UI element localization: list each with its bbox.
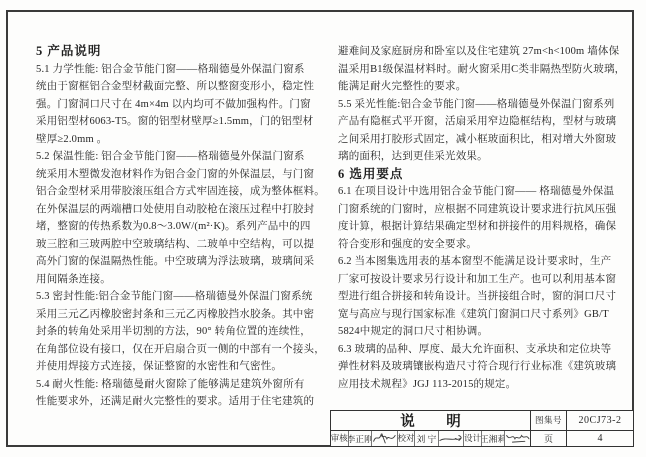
proofreader-signature-icon	[439, 431, 464, 447]
text-line: 度计算，根据计算结果确定型材和拼接件的用料规格，确保	[338, 218, 624, 236]
text-line: 采用三元乙丙橡胶密封条和三元乙丙橡胶挡水胶条。其中密	[36, 306, 318, 324]
text-line: 强。门窗洞口尺寸在 4m×4m 以内均可不做加强构件。门窗	[36, 96, 318, 114]
text-line: 6.3 玻璃的品种、厚度、最大允许面积、支承块和定位块等	[338, 341, 624, 359]
text-line: 在外保温层的两端槽口处使用自动胶枪在滚压过程中打胶封	[36, 201, 318, 219]
text-line: 弹性材料及玻璃镶嵌构造尺寸符合现行行业标准《建筑玻璃	[338, 358, 624, 376]
text-line: 6.2 当本图集选用表的基本窗型不能满足设计要求时，生产	[338, 253, 624, 271]
text-line: 避难间及家庭厨房和卧室以及住宅建筑 27m<h<100m 墙体保	[338, 43, 624, 61]
text-line: 符合变形和强度的安全要求。	[338, 236, 624, 254]
reviewer-signature-icon	[372, 431, 397, 447]
text-line: 型进行组合拼接和转角设计。当拼接组合时，窗的洞口尺寸	[338, 288, 624, 306]
title-block-title: 说 明	[331, 411, 531, 431]
proofreader-label: 校对	[398, 431, 416, 447]
text-line: 能满足耐火完整性的要求。	[338, 78, 624, 96]
text-line: 性能要求外，还满足耐火完整性的要求。适用于住宅建筑的	[36, 393, 318, 411]
reviewer-signature	[372, 431, 398, 447]
page-number-label: 页	[531, 431, 567, 447]
designer-label: 设计	[464, 431, 482, 447]
text-line: 5.1 力学性能: 铝合金节能门窗——格瑞德曼外保温门窗系	[36, 61, 318, 79]
text-line: 并使用焊接方式连接，保证整窗的水密性和气密性。	[36, 358, 318, 376]
text-line: 应用技术规程》JGJ 113-2015的规定。	[338, 376, 624, 394]
designer-signature	[505, 431, 530, 447]
text-line: 5.4 耐火性能: 格瑞德曼耐火窗除了能够满足建筑外窗所有	[36, 376, 318, 394]
text-line: 采用铝型材6063-T5。窗的铝型材壁厚≥1.5mm，门的铝型材	[36, 113, 318, 131]
designer-signature-icon	[505, 431, 530, 447]
section-heading: 5 产品说明	[36, 43, 318, 61]
title-block: 说 明 图集号 20CJ73-2 审核 李正刚 校对 刘 宁 设计 王湘莉	[330, 410, 634, 447]
left-text-column: 5 产品说明5.1 力学性能: 铝合金节能门窗——格瑞德曼外保温门窗系统由于窗框…	[36, 43, 318, 411]
text-line: 在角部位设有接口，仅在开启扇合页一侧的中部有一个接头，	[36, 341, 318, 359]
text-line: 6.1 在项目设计中选用铝合金节能门窗—— 格瑞德曼外保温	[338, 183, 624, 201]
text-line: 堵，整窗的传热系数为0.8～3.0W/(m²·K)。系列产品中的四	[36, 218, 318, 236]
signature-row: 审核 李正刚 校对 刘 宁 设计 王湘莉	[331, 431, 531, 447]
text-line: 统采用木塑微发泡材料作为铝合金门窗的外保温层，与门窗	[36, 166, 318, 184]
text-line: 温采用B1级保温材料时。耐火窗采用C类非隔热型防火玻璃，	[338, 61, 624, 79]
text-line: 铝合金型材采用带胶滚压组合方式牢固连接，成为整体框料。	[36, 183, 318, 201]
text-line: 5.3 密封性能:铝合金节能门窗——格瑞德曼外保温门窗系统	[36, 288, 318, 306]
text-line: 统由于窗框铝合金型材截面完整、所以整窗变形小，稳定性	[36, 78, 318, 96]
reviewer-label: 审核	[331, 431, 349, 447]
reviewer-name: 李正刚	[349, 431, 372, 447]
designer-name: 王湘莉	[482, 431, 505, 447]
page-number-value: 4	[567, 431, 633, 447]
text-line: 5.2 保温性能: 铝合金节能门窗——格瑞德曼外保温门窗系	[36, 148, 318, 166]
text-line: 高外门窗的保温隔热性能。中空玻璃为浮法玻璃，玻璃间采	[36, 253, 318, 271]
text-line: 宽与高应与现行国家标准《建筑门窗洞口尺寸系列》GB/T	[338, 306, 624, 324]
proofreader-signature	[439, 431, 465, 447]
document-page: 5 产品说明5.1 力学性能: 铝合金节能门窗——格瑞德曼外保温门窗系统由于窗框…	[0, 0, 646, 457]
text-line: 5.5 采光性能:铝合金节能门窗——格瑞德曼外保温门窗系列	[338, 96, 624, 114]
text-line: 之间采用打胶形式固定，减小框玻面积比，相对增大外窗玻	[338, 131, 624, 149]
text-line: 玻三腔和三玻两腔中空玻璃结构、二玻单中空结构，可以提	[36, 236, 318, 254]
atlas-number-label: 图集号	[531, 411, 567, 431]
text-line: 5824中规定的洞口尺寸相协调。	[338, 323, 624, 341]
text-line: 厂家可按设计要求另行设计和加工生产。也可以利用基本窗	[338, 271, 624, 289]
text-line: 用间隔条连接。	[36, 271, 318, 289]
text-line: 壁厚≥2.0mm 。	[36, 131, 318, 149]
atlas-number-value: 20CJ73-2	[567, 411, 633, 431]
right-text-column: 避难间及家庭厨房和卧室以及住宅建筑 27m<h<100m 墙体保温采用B1级保温…	[338, 43, 624, 393]
text-line: 门窗系统的门窗时，应根据不同建筑设计要求进行抗风压强	[338, 201, 624, 219]
text-line: 璃的面积，达到更佳采光效果。	[338, 148, 624, 166]
section-heading: 6 选用要点	[338, 166, 624, 184]
proofreader-name: 刘 宁	[415, 431, 438, 447]
text-line: 封条的转角处采用半切割的方法，90° 转角位置的连续性，	[36, 323, 318, 341]
text-line: 产品有隐框式平开窗，活扇采用窄边隐框结构，型材与玻璃	[338, 113, 624, 131]
